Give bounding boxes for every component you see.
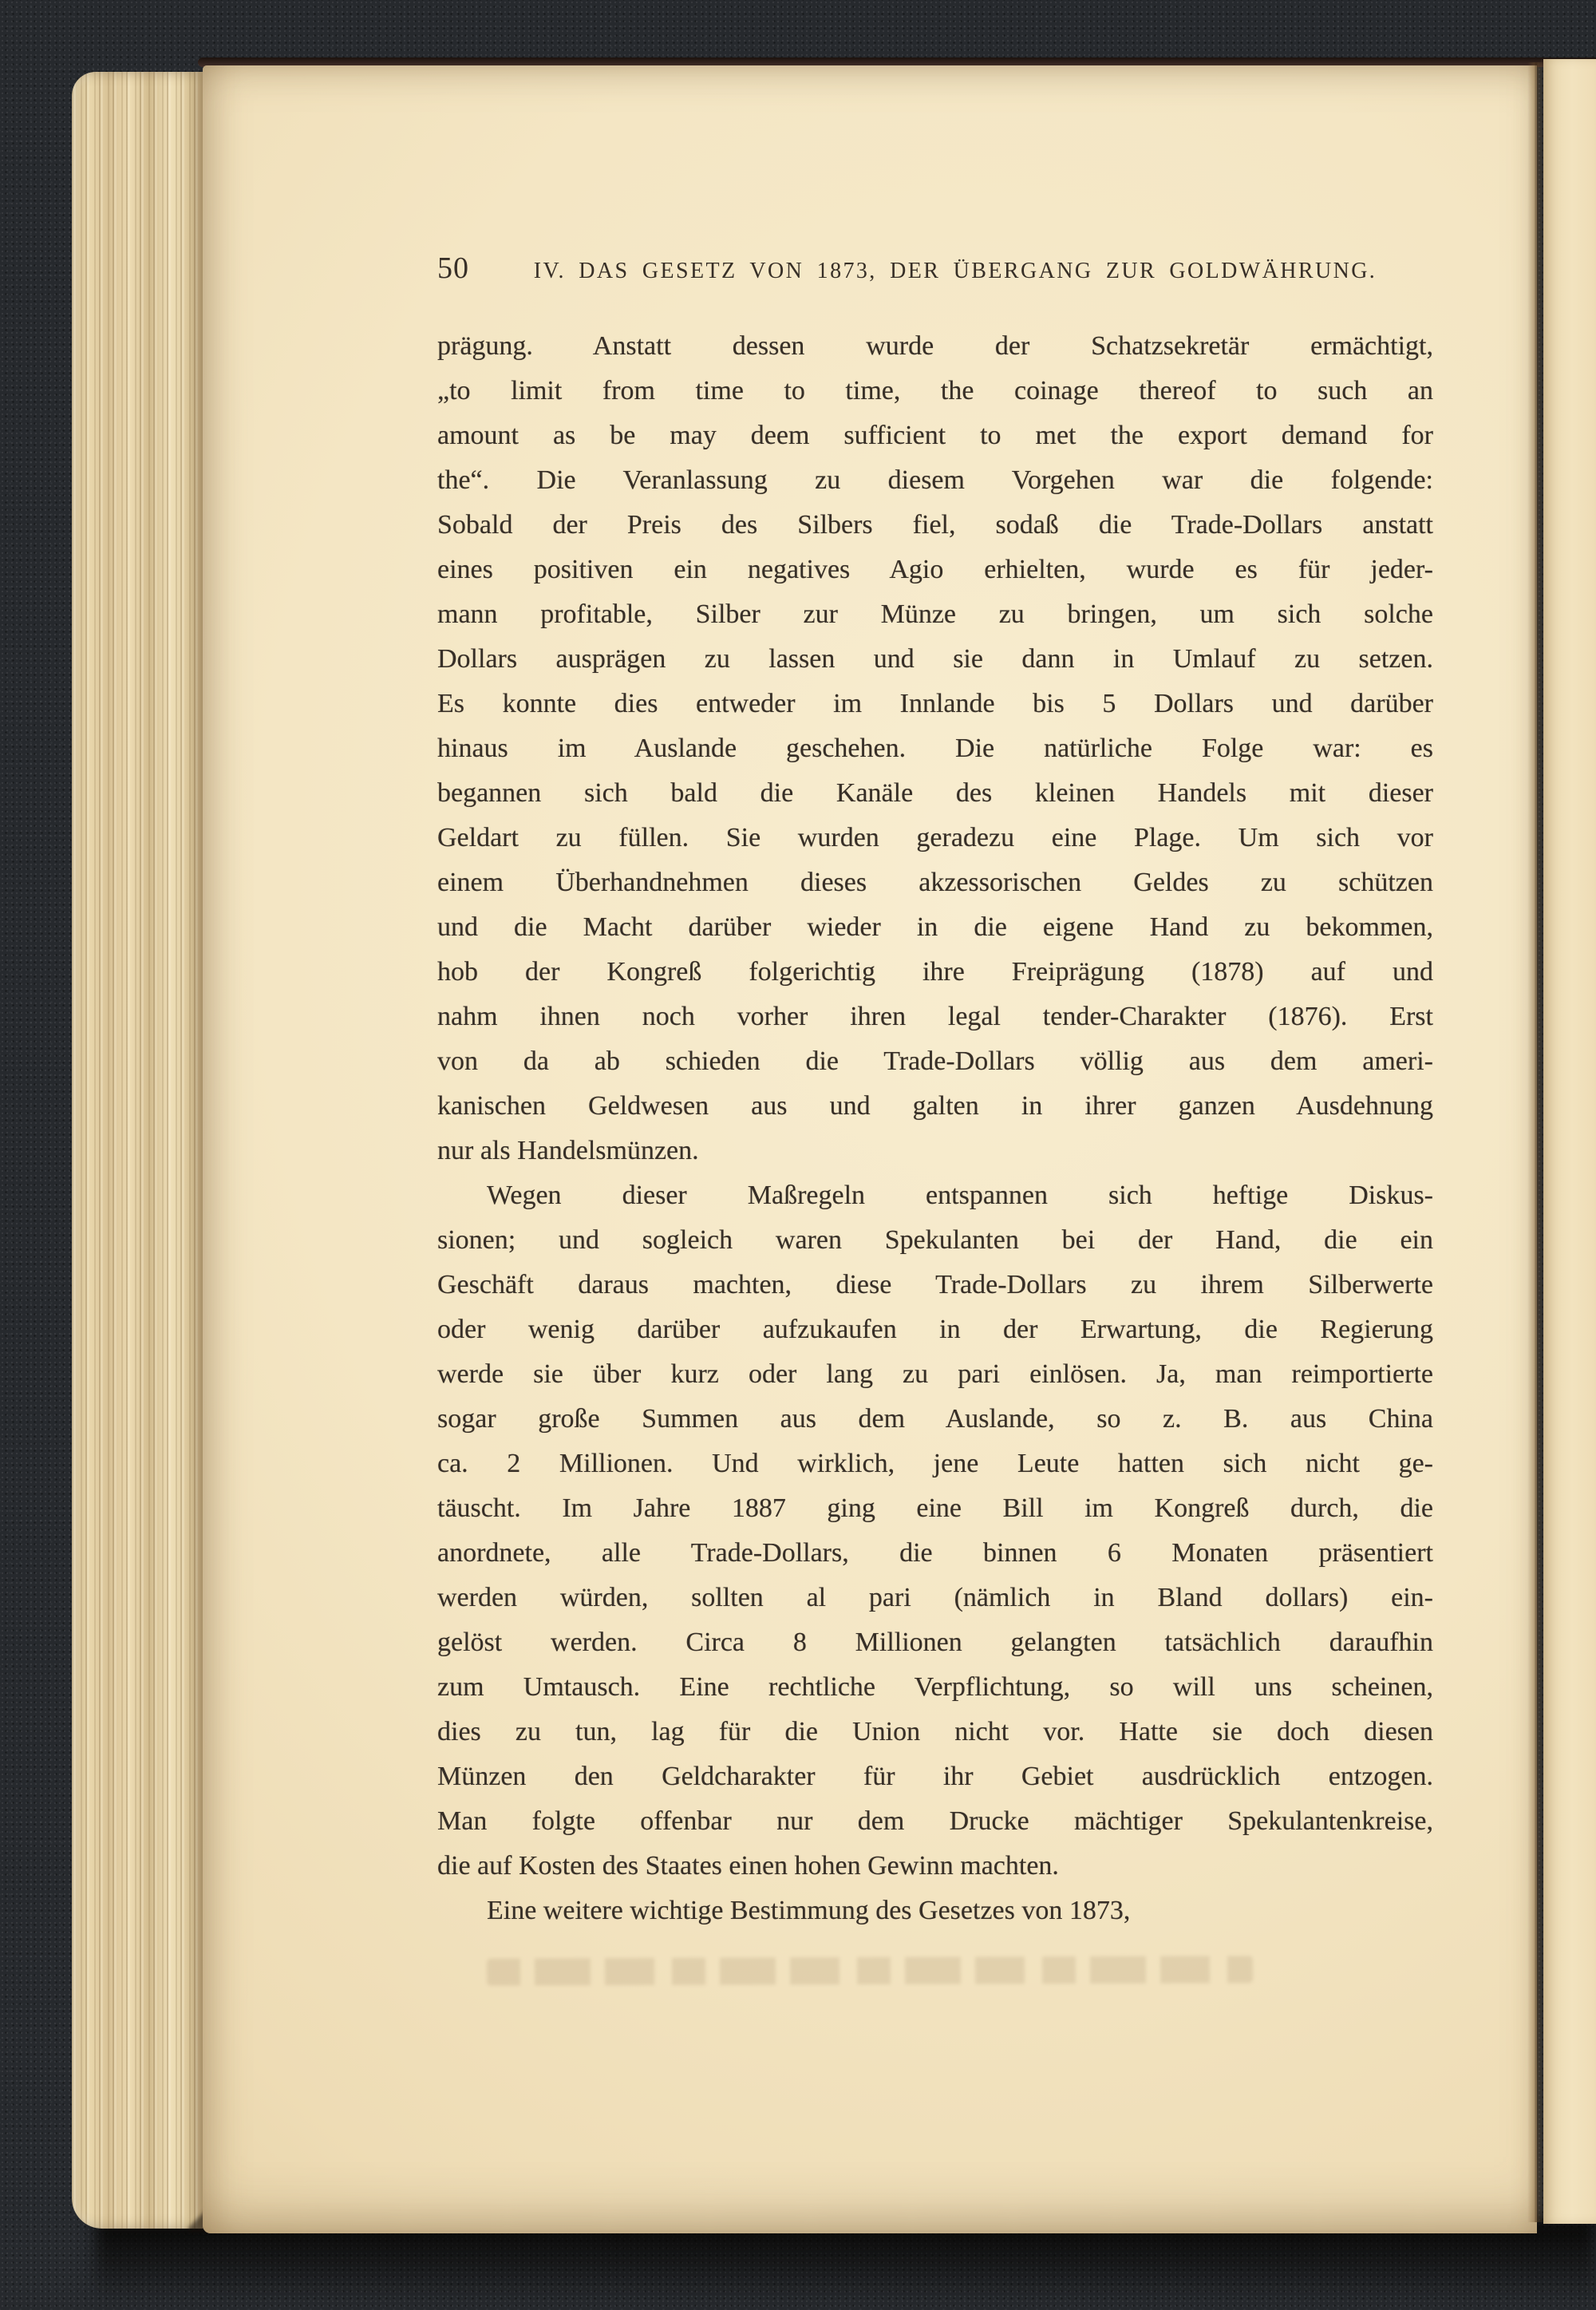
text-line: the“. Die Veranlassung zu diesem Vorgehe… xyxy=(437,458,1433,503)
text-line: hinaus im Auslande geschehen. Die natürl… xyxy=(437,726,1433,771)
text-line: Eine weitere wichtige Bestimmung des Ges… xyxy=(437,1889,1433,1933)
text-line: von da ab schieden die Trade-Dollars völ… xyxy=(437,1039,1433,1084)
text-line: anordnete, alle Trade-Dollars, die binne… xyxy=(437,1531,1433,1576)
page-text-layer: 50 IV. DAS GESETZ VON 1873, DER ÜBERGANG… xyxy=(0,0,1596,2310)
text-line: Geschäft daraus machten, diese Trade-Dol… xyxy=(437,1263,1433,1307)
text-line: die auf Kosten des Staates einen hohen G… xyxy=(437,1844,1433,1889)
text-line: nahm ihnen noch vorher ihren legal tende… xyxy=(437,995,1433,1039)
running-header-row: 50 IV. DAS GESETZ VON 1873, DER ÜBERGANG… xyxy=(437,251,1433,286)
show-through-text xyxy=(487,1956,1253,1985)
text-line: ca. 2 Millionen. Und wirklich, jene Leut… xyxy=(437,1442,1433,1486)
text-line: dies zu tun, lag für die Union nicht vor… xyxy=(437,1710,1433,1754)
text-line: einem Überhandnehmen dieses akzessorisch… xyxy=(437,860,1433,905)
text-line: begannen sich bald die Kanäle des kleine… xyxy=(437,771,1433,816)
text-line: Man folgte offenbar nur dem Drucke mächt… xyxy=(437,1799,1433,1844)
text-line: kanischen Geldwesen aus und galten in ih… xyxy=(437,1084,1433,1129)
text-line: sogar große Summen aus dem Auslande, so … xyxy=(437,1397,1433,1442)
body-lines: prägung. Anstatt dessen wurde der Schatz… xyxy=(437,324,1433,1933)
text-line: Wegen dieser Maßregeln entspannen sich h… xyxy=(437,1173,1433,1218)
text-line: eines positiven ein negatives Agio erhie… xyxy=(437,548,1433,592)
text-line: amount as be may deem sufficient to met … xyxy=(437,413,1433,458)
text-line: „to limit from time to time, the coinage… xyxy=(437,369,1433,413)
text-line: gelöst werden. Circa 8 Millionen gelangt… xyxy=(437,1620,1433,1665)
page-number: 50 xyxy=(437,251,469,286)
text-line: Geldart zu füllen. Sie wurden geradezu e… xyxy=(437,816,1433,860)
text-line: Münzen den Geldcharakter für ihr Gebiet … xyxy=(437,1754,1433,1799)
text-line: werden würden, sollten al pari (nämlich … xyxy=(437,1576,1433,1620)
text-line: täuscht. Im Jahre 1887 ging eine Bill im… xyxy=(437,1486,1433,1531)
text-line: sionen; und sogleich waren Spekulanten b… xyxy=(437,1218,1433,1263)
text-line: prägung. Anstatt dessen wurde der Schatz… xyxy=(437,324,1433,369)
text-line: Dollars ausprägen zu lassen und sie dann… xyxy=(437,637,1433,682)
text-line: werde sie über kurz oder lang zu pari ei… xyxy=(437,1352,1433,1397)
text-line: hob der Kongreß folgerichtig ihre Freipr… xyxy=(437,950,1433,995)
text-line: Es konnte dies entweder im Innlande bis … xyxy=(437,682,1433,726)
text-line: und die Macht darüber wieder in die eige… xyxy=(437,905,1433,950)
scanned-book-photo: { "document": { "page_number": "50", "ru… xyxy=(0,0,1596,2310)
running-header: IV. DAS GESETZ VON 1873, DER ÜBERGANG ZU… xyxy=(469,259,1433,284)
text-line: oder wenig darüber aufzukaufen in der Er… xyxy=(437,1307,1433,1352)
text-line: nur als Handelsmünzen. xyxy=(437,1129,1433,1173)
text-line: zum Umtausch. Eine rechtliche Verpflicht… xyxy=(437,1665,1433,1710)
text-line: mann profitable, Silber zur Münze zu bri… xyxy=(437,592,1433,637)
text-line: Sobald der Preis des Silbers fiel, sodaß… xyxy=(437,503,1433,548)
